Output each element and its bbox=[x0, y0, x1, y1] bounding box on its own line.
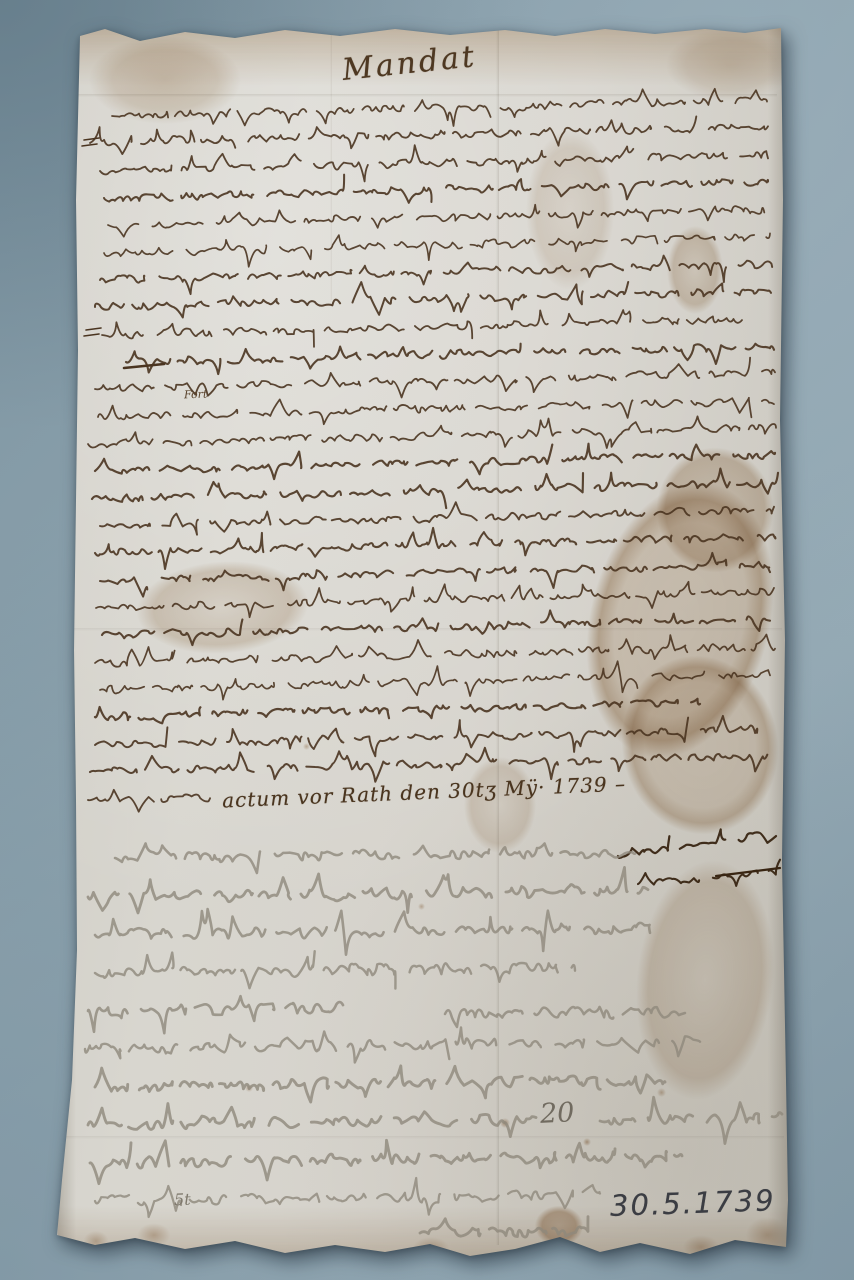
amount-thaler: 20 bbox=[539, 1097, 575, 1130]
bottom-spot bbox=[740, 1212, 795, 1258]
paper-shadow: Mandat Fort actum vor Rath den 30tʒ Mÿ· … bbox=[0, 0, 854, 1280]
ink-stroke bbox=[82, 144, 97, 146]
ink-stroke bbox=[84, 334, 99, 336]
corner-stain-top-left bbox=[70, 25, 260, 135]
foxing-dot bbox=[657, 1088, 666, 1097]
foxing-dot bbox=[245, 1084, 253, 1092]
handwriting-dateline-prefix bbox=[88, 790, 210, 812]
top-edge-browning bbox=[60, 24, 784, 86]
manuscript-paper: Mandat Fort actum vor Rath den 30tʒ Mÿ· … bbox=[0, 0, 854, 1280]
handwriting-main-text bbox=[88, 89, 778, 782]
bottom-spot bbox=[678, 1232, 724, 1262]
left-edge-shading bbox=[56, 30, 76, 1240]
handwriting-postscript bbox=[85, 843, 782, 1237]
fold-crease-horizontal-low bbox=[58, 1136, 784, 1139]
document-title: Mandat bbox=[341, 39, 479, 88]
foxing-dot bbox=[500, 1118, 510, 1128]
small-stain-right bbox=[660, 215, 730, 325]
ink-stroke bbox=[84, 138, 99, 140]
foxing-dot bbox=[418, 903, 425, 910]
bottom-spot bbox=[80, 1228, 112, 1254]
water-stain-lower-right bbox=[605, 822, 805, 1138]
bottom-spot bbox=[408, 1234, 454, 1262]
bottom-edge-browning bbox=[58, 1206, 788, 1256]
ink-stroke bbox=[86, 328, 101, 330]
water-stain-lobe-upper bbox=[640, 430, 790, 590]
fold-crease-horizontal-mid bbox=[60, 628, 782, 631]
foxing-dot bbox=[303, 743, 310, 750]
photograph-background: Mandat Fort actum vor Rath den 30tʒ Mÿ· … bbox=[0, 0, 854, 1280]
bottom-spot bbox=[528, 1200, 590, 1252]
fold-crease-vertical-short bbox=[330, 30, 332, 300]
right-edge-shading bbox=[768, 28, 788, 1248]
foxing-dot bbox=[583, 1138, 591, 1146]
dateline-text: actum vor Rath den 30tʒ Mÿ· 1739 – bbox=[222, 772, 627, 813]
fold-crease-horizontal-top bbox=[62, 94, 777, 97]
water-stain-left-center bbox=[111, 543, 333, 673]
ink-stroke bbox=[716, 868, 780, 876]
amount-years: 5t bbox=[174, 1190, 191, 1210]
handwriting-signature bbox=[618, 829, 780, 886]
water-stain-lobe bbox=[582, 614, 819, 875]
handwriting-layer bbox=[0, 0, 854, 1280]
water-stain-large-right bbox=[525, 418, 835, 823]
fold-crease-vertical bbox=[496, 30, 499, 1245]
water-stain-top-center bbox=[515, 110, 625, 310]
archival-date: 30.5.1739 bbox=[609, 1183, 776, 1223]
ink-stroke bbox=[124, 364, 164, 368]
insertion-note: Fort bbox=[184, 388, 208, 402]
water-stain-mid bbox=[455, 745, 545, 865]
bottom-spot bbox=[133, 1220, 175, 1250]
corner-stain-top-right bbox=[650, 20, 810, 110]
